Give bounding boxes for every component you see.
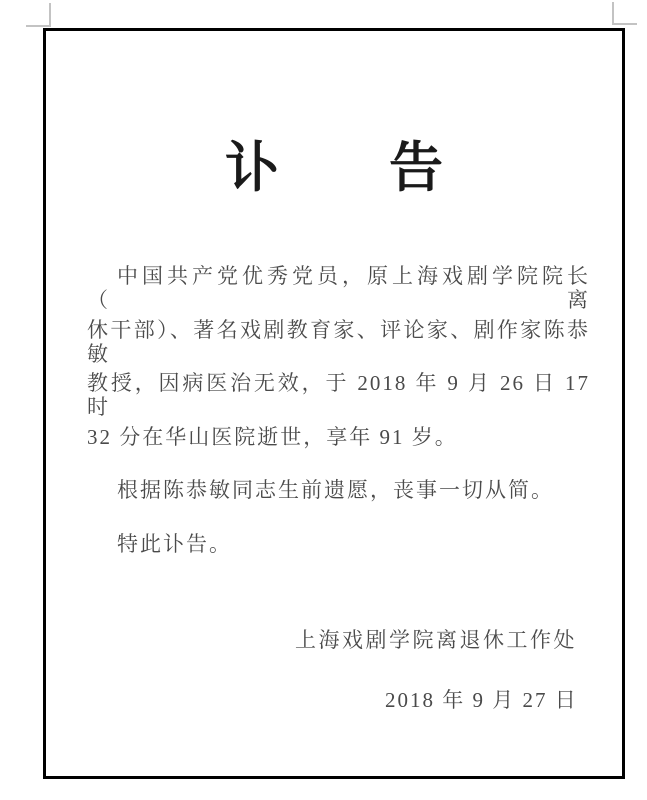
- crop-mark-top-left-vertical: [49, 3, 51, 26]
- body-line-2: 休干部）、著名戏剧教育家、评论家、剧作家陈恭敏: [87, 318, 590, 366]
- crop-mark-top-left-horizontal: [26, 25, 51, 27]
- body-line-1: 中国共产党优秀党员，原上海戏剧学院院长（离: [87, 264, 590, 312]
- document-page: 讣 告 中国共产党优秀党员，原上海戏剧学院院长（离 休干部）、著名戏剧教育家、评…: [0, 0, 647, 800]
- title-char-first: 讣: [225, 139, 279, 197]
- title-char-second: 告: [389, 139, 443, 197]
- page-title: 讣 告: [43, 139, 625, 197]
- crop-mark-top-right-vertical: [612, 2, 614, 24]
- crop-mark-top-right-horizontal: [612, 23, 637, 25]
- signature-line: 上海戏剧学院离退休工作处: [295, 628, 577, 653]
- body-line-5: 根据陈恭敏同志生前遗愿，丧事一切从简。: [87, 478, 590, 502]
- body-line-4: 32 分在华山医院逝世，享年 91 岁。: [87, 425, 590, 449]
- body-line-3: 教授，因病医治无效，于 2018 年 9 月 26 日 17 时: [87, 371, 590, 419]
- date-line: 2018 年 9 月 27 日: [385, 688, 578, 712]
- body-line-6: 特此讣告。: [87, 532, 590, 556]
